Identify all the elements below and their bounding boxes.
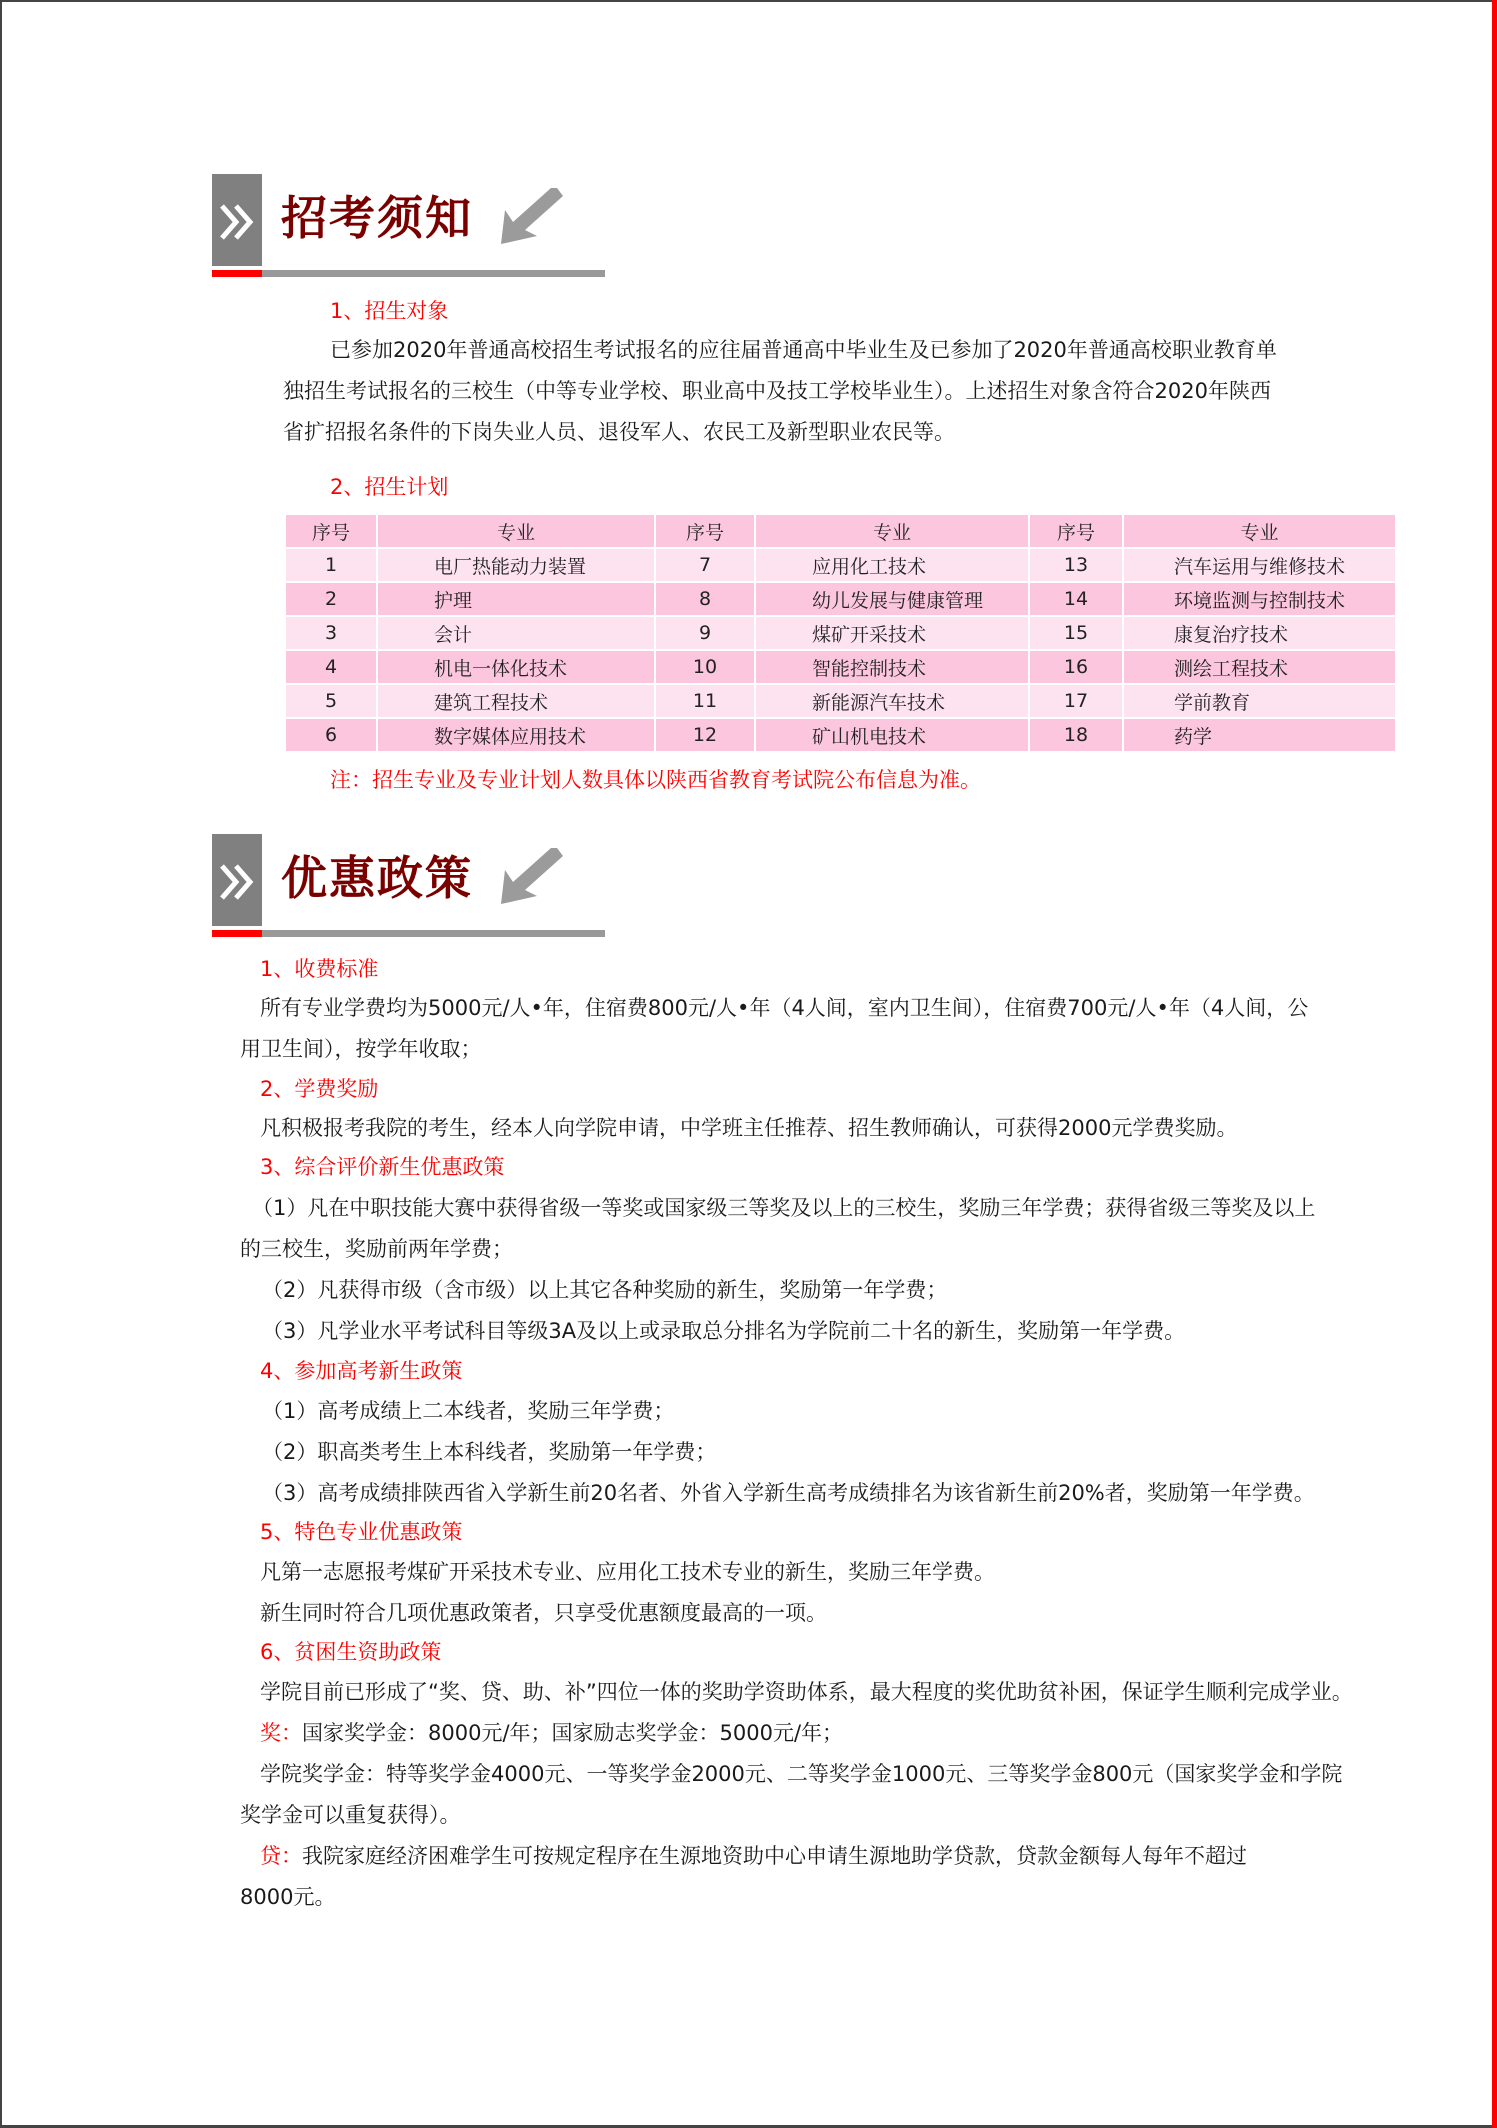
cell-major: 数字媒体应用技术 [378,719,656,753]
paragraph-line: （1）凡在中职技能大赛中获得省级一等奖或国家级三等奖及以上的三校生，奖励三年学费… [252,1188,1315,1229]
award-line: 奖：国家奖学金：8000元/年；国家励志奖学金：5000元/年； [260,1713,843,1754]
cell-number: 16 [1030,651,1124,685]
cell-number: 15 [1030,617,1124,651]
header-underline-red [212,270,262,277]
cell-major: 矿山机电技术 [756,719,1030,753]
cell-major: 汽车运用与维修技术 [1124,549,1397,583]
cell-number: 8 [656,583,756,617]
cell-major: 幼儿发展与健康管理 [756,583,1030,617]
enrollment-plan-table: 序号 专业 序号 专业 序号 专业 1 电厂热能动力装置 7 应用化工技术 13… [286,515,1397,753]
cell-major: 煤矿开采技术 [756,617,1030,651]
heading-target: 1、招生对象 [330,296,448,326]
paragraph-line: 独招生考试报名的三校生（中等专业学校、职业高中及技工学校毕业生）。上述招生对象含… [283,371,1271,412]
paragraph-line: （3）凡学业水平考试科目等级3A及以上或录取总分排名为学院前二十名的新生，奖励第… [262,1311,1185,1352]
loan-text: 我院家庭经济困难学生可按规定程序在生源地资助中心申请生源地助学贷款，贷款金额每人… [302,1844,1247,1868]
heading-plan: 2、招生计划 [330,472,448,502]
col-header-number: 序号 [286,515,378,549]
heading-featured: 5、特色专业优惠政策 [260,1517,462,1547]
paragraph-line: （2）职高类考生上本科线者，奖励第一年学费； [262,1432,716,1473]
table-header-row: 序号 专业 序号 专业 序号 专业 [286,515,1397,549]
cell-major: 智能控制技术 [756,651,1030,685]
cell-number: 6 [286,719,378,753]
paragraph-line: （2）凡获得市级（含市级）以上其它各种奖励的新生，奖励第一年学费； [262,1270,947,1311]
award-text: 国家奖学金：8000元/年；国家励志奖学金：5000元/年； [302,1721,843,1745]
col-header-number: 序号 [656,515,756,549]
cell-number: 12 [656,719,756,753]
cell-major: 药学 [1124,719,1397,753]
paragraph-line: 所有专业学费均为5000元/人•年，住宿费800元/人•年（4人间，室内卫生间）… [260,988,1308,1029]
cell-major: 环境监测与控制技术 [1124,583,1397,617]
paragraph-line: 用卫生间），按学年收取； [240,1029,482,1070]
heading-aid: 6、贫困生资助政策 [260,1637,441,1667]
col-header-number: 序号 [1030,515,1124,549]
heading-gaokao: 4、参加高考新生政策 [260,1356,462,1386]
paragraph-line: 8000元。 [240,1877,335,1918]
paragraph-line: 的三校生，奖励前两年学费； [240,1229,513,1270]
table-row: 4 机电一体化技术 10 智能控制技术 16 测绘工程技术 [286,651,1397,685]
table-row: 2 护理 8 幼儿发展与健康管理 14 环境监测与控制技术 [286,583,1397,617]
header-underline-gray [262,270,605,277]
paragraph-line: 学院奖学金：特等奖学金4000元、一等奖学金2000元、二等奖学金1000元、三… [260,1754,1342,1795]
cell-major: 建筑工程技术 [378,685,656,719]
cell-number: 7 [656,549,756,583]
cell-number: 18 [1030,719,1124,753]
paragraph-line: （3）高考成绩排陕西省入学新生前20名者、外省入学新生高考成绩排名为该省新生前2… [262,1473,1315,1514]
cell-major: 测绘工程技术 [1124,651,1397,685]
cell-major: 应用化工技术 [756,549,1030,583]
cell-major: 会计 [378,617,656,651]
page-frame [0,0,1497,2128]
arrow-down-left-icon [495,846,565,908]
award-label: 奖： [260,1721,302,1745]
arrow-down-left-icon [495,186,565,248]
cell-number: 11 [656,685,756,719]
cell-number: 14 [1030,583,1124,617]
col-header-major: 专业 [756,515,1030,549]
paragraph-line: 已参加2020年普通高校招生考试报名的应往届普通高中毕业生及已参加了2020年普… [330,330,1277,371]
cell-number: 2 [286,583,378,617]
cell-number: 1 [286,549,378,583]
cell-major: 康复治疗技术 [1124,617,1397,651]
paragraph-line: 学院目前已形成了“奖、贷、助、补”四位一体的奖助学资助体系，最大程度的奖优助贫补… [260,1672,1353,1713]
section-header-policy: 优惠政策 [212,826,607,936]
heading-comprehensive: 3、综合评价新生优惠政策 [260,1152,504,1182]
heading-tuition-reward: 2、学费奖励 [260,1074,378,1104]
plan-note: 注：招生专业及专业计划人数具体以陕西省教育考试院公布信息为准。 [330,765,981,795]
table-row: 5 建筑工程技术 11 新能源汽车技术 17 学前教育 [286,685,1397,719]
page-right-red-edge [1492,0,1497,2128]
cell-number: 4 [286,651,378,685]
table-row: 6 数字媒体应用技术 12 矿山机电技术 18 药学 [286,719,1397,753]
cell-number: 13 [1030,549,1124,583]
loan-label: 贷： [260,1844,302,1868]
paragraph-line: 新生同时符合几项优惠政策者，只享受优惠额度最高的一项。 [260,1593,827,1634]
cell-number: 9 [656,617,756,651]
header-underline-gray [262,930,605,937]
loan-line: 贷：我院家庭经济困难学生可按规定程序在生源地资助中心申请生源地助学贷款，贷款金额… [260,1836,1247,1877]
header-block [212,174,262,266]
cell-number: 17 [1030,685,1124,719]
col-header-major: 专业 [378,515,656,549]
section-header-admission: 招考须知 [212,166,607,276]
cell-major: 电厂热能动力装置 [378,549,656,583]
paragraph-line: 奖学金可以重复获得）。 [240,1795,461,1836]
heading-fees: 1、收费标准 [260,954,378,984]
table-row: 3 会计 9 煤矿开采技术 15 康复治疗技术 [286,617,1397,651]
section-title: 招考须知 [281,188,473,248]
double-chevron-right-icon [218,864,258,900]
double-chevron-right-icon [218,204,258,240]
col-header-major: 专业 [1124,515,1397,549]
paragraph-line: 省扩招报名条件的下岗失业人员、退役军人、农民工及新型职业农民等。 [283,412,955,453]
cell-number: 3 [286,617,378,651]
cell-major: 机电一体化技术 [378,651,656,685]
cell-major: 新能源汽车技术 [756,685,1030,719]
paragraph-line: 凡第一志愿报考煤矿开采技术专业、应用化工技术专业的新生，奖励三年学费。 [260,1552,995,1593]
paragraph-line: 凡积极报考我院的考生，经本人向学院申请，中学班主任推荐、招生教师确认，可获得20… [260,1108,1237,1149]
table-row: 1 电厂热能动力装置 7 应用化工技术 13 汽车运用与维修技术 [286,549,1397,583]
paragraph-line: （1）高考成绩上二本线者，奖励三年学费； [262,1391,674,1432]
cell-number: 5 [286,685,378,719]
cell-major: 学前教育 [1124,685,1397,719]
header-underline-red [212,930,262,937]
section-title: 优惠政策 [281,848,473,908]
header-block [212,834,262,926]
cell-major: 护理 [378,583,656,617]
cell-number: 10 [656,651,756,685]
